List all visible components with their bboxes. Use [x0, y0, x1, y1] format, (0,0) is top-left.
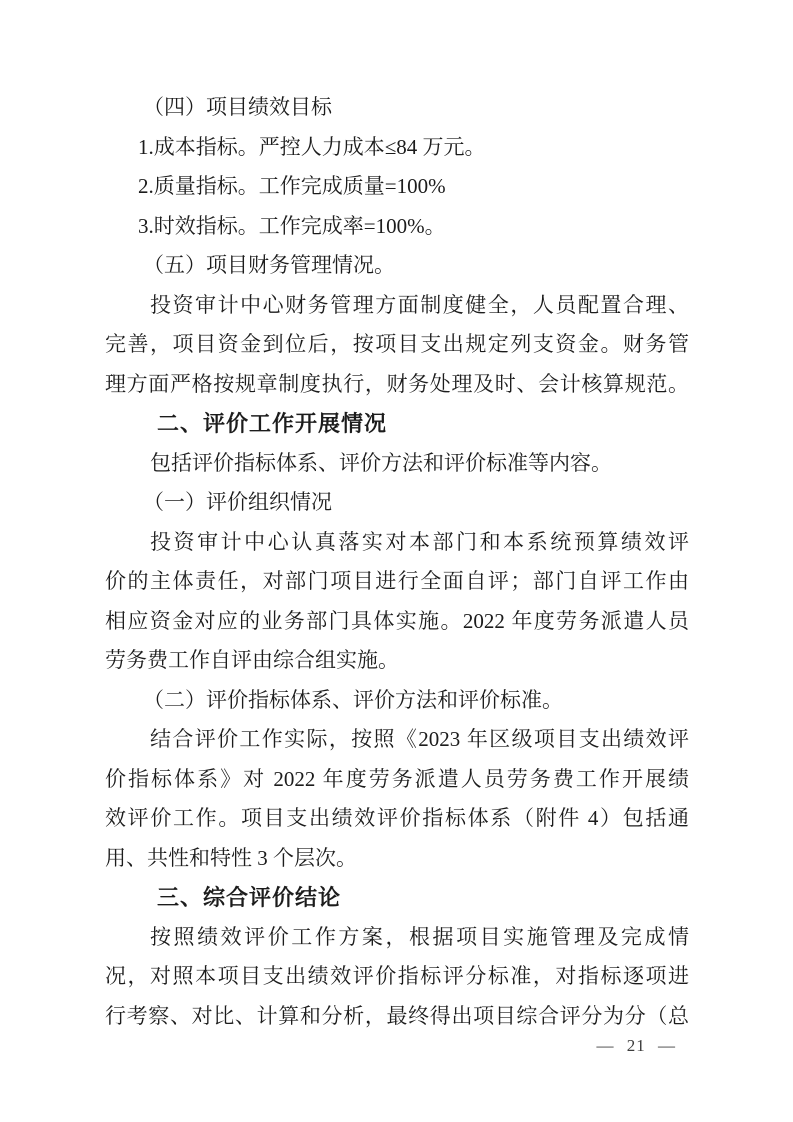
- paragraph-line: 用、共性和特性 3 个层次。: [105, 839, 689, 879]
- paragraph-line: 投资审计中心财务管理方面制度健全，人员配置合理、: [105, 286, 689, 326]
- section-heading: 三、综合评价结论: [105, 878, 689, 918]
- paragraph-line: 价指标体系》对 2022 年度劳务派遣人员劳务费工作开展绩: [105, 760, 689, 800]
- indicator-item: 1.成本指标。严控人力成本≤84 万元。: [105, 128, 689, 168]
- paragraph-line: 劳务费工作自评由综合组实施。: [105, 641, 689, 681]
- sub-heading: （二）评价指标体系、评价方法和评价标准。: [105, 681, 689, 721]
- document-page: （四）项目绩效目标1.成本指标。严控人力成本≤84 万元。2.质量指标。工作完成…: [0, 0, 793, 1122]
- sub-heading: （一）评价组织情况: [105, 483, 689, 523]
- paragraph-line: 包括评价指标体系、评价方法和评价标准等内容。: [105, 444, 689, 484]
- paragraph-line: 效评价工作。项目支出绩效评价指标体系（附件 4）包括通: [105, 799, 689, 839]
- paragraph-line: 价的主体责任，对部门项目进行全面自评；部门自评工作由: [105, 562, 689, 602]
- indicator-item: 2.质量指标。工作完成质量=100%: [105, 167, 689, 207]
- paragraph-line: 行考察、对比、计算和分析，最终得出项目综合评分为分（总: [105, 997, 689, 1037]
- sub-heading: （五）项目财务管理情况。: [105, 246, 689, 286]
- paragraph-line: 相应资金对应的业务部门具体实施。2022 年度劳务派遣人员: [105, 602, 689, 642]
- document-body: （四）项目绩效目标1.成本指标。严控人力成本≤84 万元。2.质量指标。工作完成…: [105, 88, 689, 1036]
- indicator-item: 3.时效指标。工作完成率=100%。: [105, 207, 689, 247]
- paragraph-line: 理方面严格按规章制度执行，财务处理及时、会计核算规范。: [105, 365, 689, 405]
- paragraph-line: 结合评价工作实际，按照《2023 年区级项目支出绩效评: [105, 720, 689, 760]
- paragraph-line: 况，对照本项目支出绩效评价指标评分标准，对指标逐项进: [105, 957, 689, 997]
- page-number: — 21 —: [597, 1036, 677, 1056]
- section-heading: 二、评价工作开展情况: [105, 404, 689, 444]
- paragraph-line: 完善，项目资金到位后，按项目支出规定列支资金。财务管: [105, 325, 689, 365]
- paragraph-line: 投资审计中心认真落实对本部门和本系统预算绩效评: [105, 523, 689, 563]
- paragraph-line: 按照绩效评价工作方案，根据项目实施管理及完成情: [105, 918, 689, 958]
- sub-heading: （四）项目绩效目标: [105, 88, 689, 128]
